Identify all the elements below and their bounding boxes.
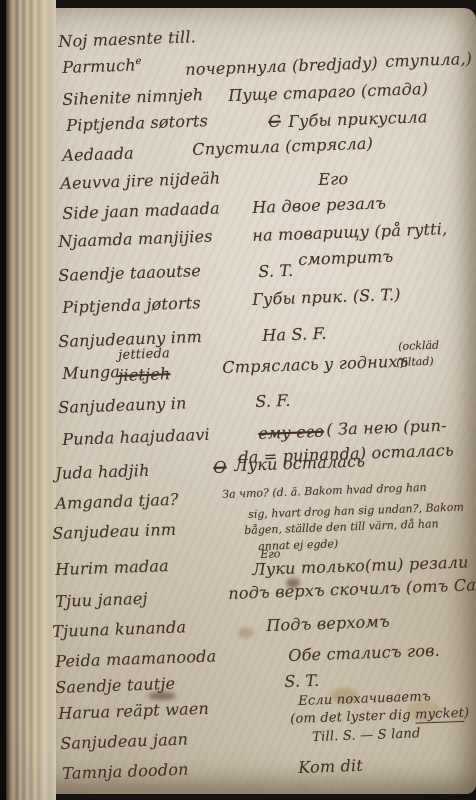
line-15-source: Juda hadjih [55, 461, 150, 483]
manuscript-photo: Noj maesnte till. Parmuche почерпнула (b… [0, 0, 476, 800]
line-02-superscript: e [135, 56, 142, 67]
line-22-translation: S. T. [284, 671, 320, 691]
line-04-struck-word: С [268, 112, 281, 131]
line-23-note-underlined: mycket [415, 706, 464, 724]
line-12-source: Munga [62, 362, 120, 383]
line-08-translation-2: смотритъ [298, 247, 394, 269]
line-14-struck-words: ему его [258, 422, 324, 443]
line-06-translation: Его [318, 169, 349, 189]
line-12-margin-note: (ockläd [398, 339, 439, 353]
line-09-translation: S. T. [258, 261, 294, 281]
line-02-source-word: Parmuch [62, 55, 136, 77]
line-13-translation: S. F. [255, 391, 291, 411]
line-19-source: Tjuu janaej [55, 589, 148, 611]
line-12-struck-word: jietjeh [118, 364, 171, 385]
line-02-margin-note: ступила,) [385, 49, 473, 71]
line-02-source: Parmuche [62, 55, 142, 77]
line-05-source: Aedaada [62, 144, 134, 165]
line-18-source: Hurim madaa [55, 556, 169, 579]
line-15-struck-word: О [213, 458, 227, 477]
line-25-translation: Kom dit [298, 756, 363, 777]
line-11-translation: На S. F. [262, 324, 327, 345]
line-23-note-post: ) [464, 706, 470, 721]
line-12-correction-above: jettieda [118, 346, 170, 363]
line-12-margin-note-2: (filtad) [396, 355, 434, 369]
book-binding [0, 0, 56, 800]
